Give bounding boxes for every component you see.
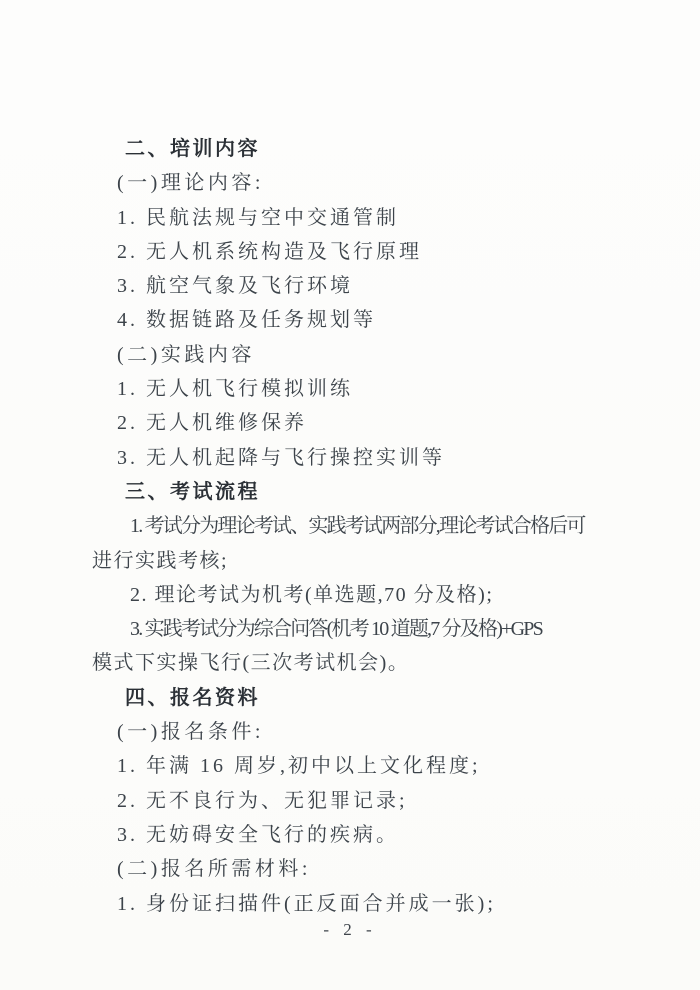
subheading-practice-content: (二)实践内容 xyxy=(92,338,608,372)
list-item: 3. 无妨碍安全飞行的疾病。 xyxy=(92,818,608,852)
document-page: 二、培训内容 (一)理论内容: 1. 民航法规与空中交通管制 2. 无人机系统构… xyxy=(0,0,700,990)
list-item: 2. 无人机维修保养 xyxy=(92,406,608,440)
subheading-theory-content: (一)理论内容: xyxy=(92,166,608,200)
list-item: 3. 无人机起降与飞行操控实训等 xyxy=(92,441,608,475)
subheading-required-materials: (二)报名所需材料: xyxy=(92,852,608,886)
list-item: 3. 航空气象及飞行环境 xyxy=(92,269,608,303)
list-item: 4. 数据链路及任务规划等 xyxy=(92,303,608,337)
list-item: 1. 民航法规与空中交通管制 xyxy=(92,201,608,235)
paragraph-line: 模式下实操飞行(三次考试机会)。 xyxy=(92,646,608,680)
subheading-registration-conditions: (一)报名条件: xyxy=(92,715,608,749)
list-item: 2. 无人机系统构造及飞行原理 xyxy=(92,235,608,269)
section-heading-training-content: 二、培训内容 xyxy=(92,132,608,166)
section-heading-exam-process: 三、考试流程 xyxy=(92,475,608,509)
paragraph-line: 进行实践考核; xyxy=(92,544,608,578)
list-item: 1. 无人机飞行模拟训练 xyxy=(92,372,608,406)
page-number: - 2 - xyxy=(0,920,700,940)
section-heading-registration: 四、报名资料 xyxy=(92,681,608,715)
paragraph-line: 1. 考试分为理论考试、实践考试两部分,理论考试合格后可 xyxy=(92,509,608,543)
paragraph-line: 2. 理论考试为机考(单选题,70 分及格); xyxy=(92,578,608,612)
list-item: 2. 无不良行为、无犯罪记录; xyxy=(92,784,608,818)
list-item: 1. 身份证扫描件(正反面合并成一张); xyxy=(92,887,608,921)
list-item: 1. 年满 16 周岁,初中以上文化程度; xyxy=(92,749,608,783)
paragraph-line: 3. 实践考试分为综合问答(机考 10 道题,7 分及格)+GPS xyxy=(92,612,608,646)
